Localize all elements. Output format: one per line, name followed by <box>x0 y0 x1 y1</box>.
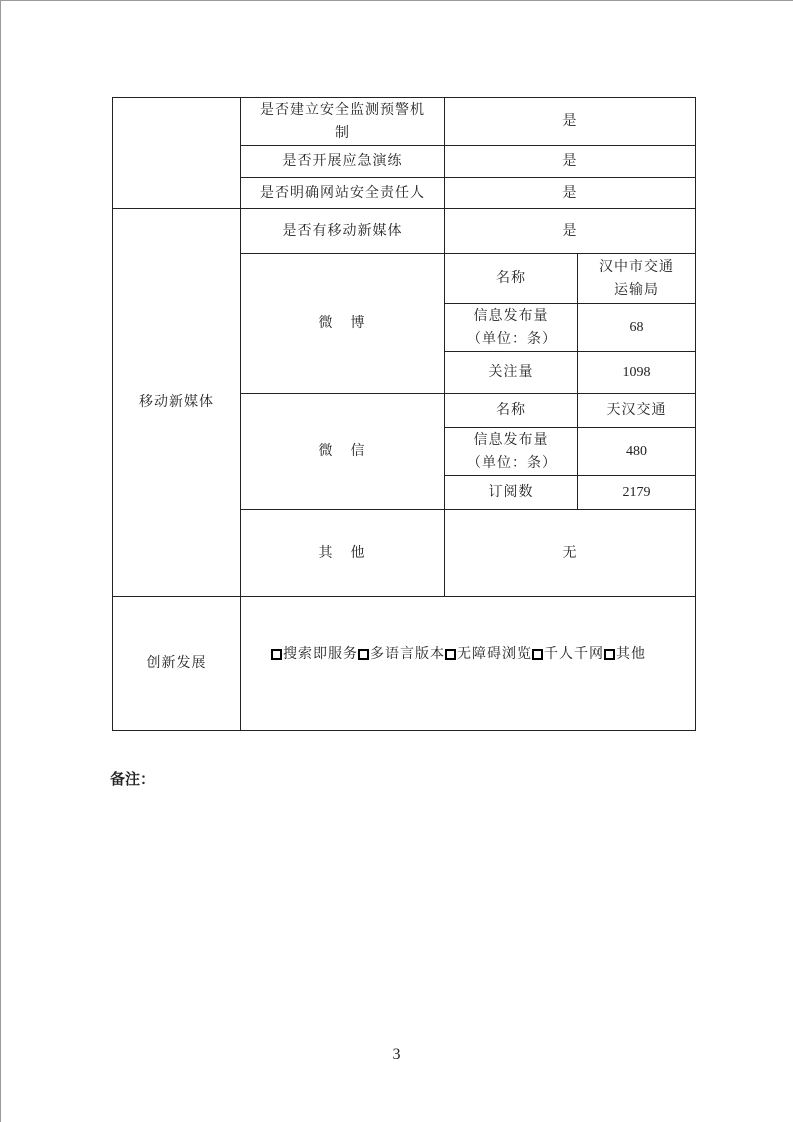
weibo-followers-label: 关注量 <box>444 351 578 394</box>
other-media-value: 无 <box>444 509 696 597</box>
other-media-label: 其 他 <box>240 509 445 597</box>
option-search-as-service[interactable]: 搜索即服务 <box>271 643 358 666</box>
wechat-posts-label: 信息发布量（单位：条） <box>444 427 578 476</box>
weibo-followers-value: 1098 <box>577 351 696 394</box>
innovation-options: 搜索即服务 多语言版本 无障碍浏览 千人千网 其他 <box>240 596 696 731</box>
checkbox-icon[interactable] <box>271 649 282 660</box>
security-monitoring-value: 是 <box>444 97 696 146</box>
security-officer-value: 是 <box>444 177 696 209</box>
notes-label: 备注： <box>110 768 155 789</box>
checkbox-icon[interactable] <box>445 649 456 660</box>
mobile-media-section-label: 移动新媒体 <box>112 208 241 597</box>
weibo-posts-label: 信息发布量（单位：条） <box>444 303 578 352</box>
option-label: 无障碍浏览 <box>457 643 532 666</box>
emergency-drill-value: 是 <box>444 145 696 178</box>
innovation-section-label: 创新发展 <box>112 596 241 731</box>
checkbox-icon[interactable] <box>532 649 543 660</box>
wechat-subscribers-label: 订阅数 <box>444 475 578 510</box>
option-label: 其他 <box>616 643 646 666</box>
emergency-drill-label: 是否开展应急演练 <box>240 145 445 178</box>
checkbox-icon[interactable] <box>358 649 369 660</box>
option-label: 千人千网 <box>544 643 604 666</box>
wechat-name-label: 名称 <box>444 393 578 428</box>
has-mobile-media-label: 是否有移动新媒体 <box>240 208 445 254</box>
page-number: 3 <box>0 1046 793 1064</box>
option-multilingual[interactable]: 多语言版本 <box>358 643 445 666</box>
option-other[interactable]: 其他 <box>604 643 646 666</box>
wechat-subscribers-value: 2179 <box>577 475 696 510</box>
weibo-posts-value: 68 <box>577 303 696 352</box>
option-label: 多语言版本 <box>370 643 445 666</box>
wechat-label: 微 信 <box>240 393 445 510</box>
option-accessibility[interactable]: 无障碍浏览 <box>445 643 532 666</box>
option-label: 搜索即服务 <box>283 643 358 666</box>
wechat-posts-value: 480 <box>577 427 696 476</box>
weibo-label: 微 博 <box>240 253 445 394</box>
weibo-name-value: 汉中市交通运输局 <box>577 253 696 304</box>
weibo-name-label: 名称 <box>444 253 578 304</box>
category-cell-empty <box>112 97 241 209</box>
checkbox-icon[interactable] <box>604 649 615 660</box>
has-mobile-media-value: 是 <box>444 208 696 254</box>
security-officer-label: 是否明确网站安全责任人 <box>240 177 445 209</box>
wechat-name-value: 天汉交通 <box>577 393 696 428</box>
option-personalized[interactable]: 千人千网 <box>532 643 604 666</box>
security-monitoring-label: 是否建立安全监测预警机制 <box>240 97 445 146</box>
